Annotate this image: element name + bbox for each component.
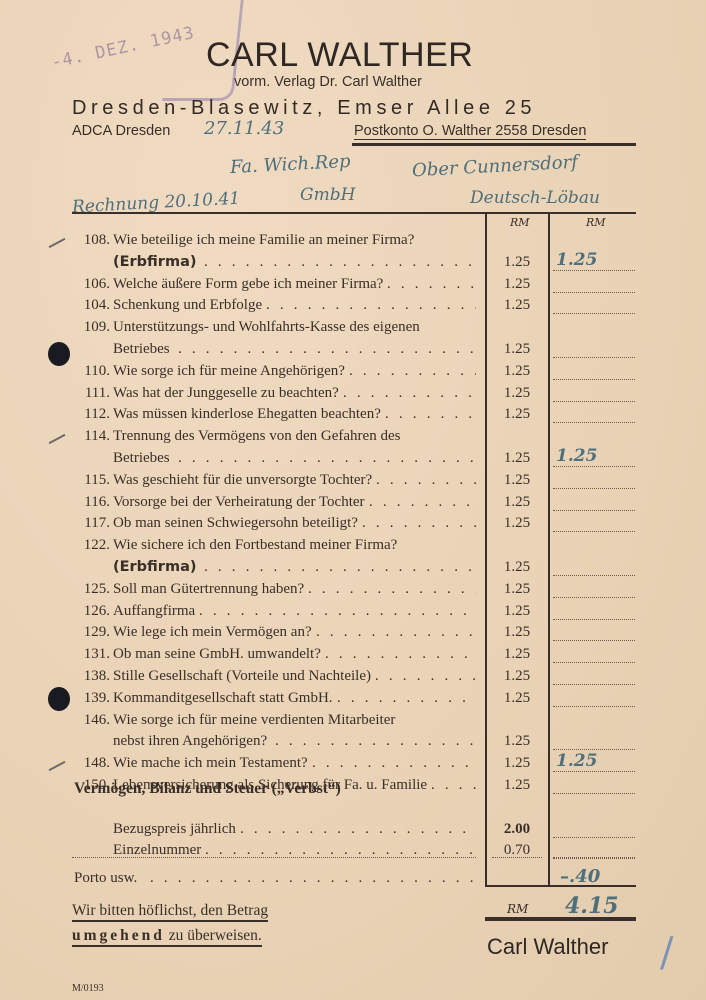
item-title: Trennung des Vermögens von den Gefahren … bbox=[113, 428, 400, 445]
item-price: 1.25 bbox=[500, 559, 534, 576]
item-price: 1.25 bbox=[500, 646, 534, 663]
entry-line bbox=[553, 422, 635, 423]
entry-line bbox=[553, 313, 635, 314]
item-price: 1.25 bbox=[500, 624, 534, 641]
item-price: 1.25 bbox=[500, 406, 534, 423]
item-number: 138. bbox=[74, 668, 110, 685]
entry-column-rule bbox=[548, 213, 550, 887]
item-number: 112. bbox=[74, 406, 110, 423]
entry-line bbox=[553, 858, 635, 859]
item-price: 1.25 bbox=[500, 385, 534, 402]
item-number: 117. bbox=[74, 515, 110, 532]
entry-line bbox=[553, 292, 635, 293]
item-title-cont: Betriebes bbox=[113, 450, 170, 467]
entry-line bbox=[553, 575, 635, 576]
item-title: Wie sorge ich für meine verdienten Mitar… bbox=[113, 712, 395, 729]
company-title: CARL WALTHER bbox=[206, 36, 473, 75]
item-number: 125. bbox=[74, 581, 110, 598]
dot-leader: . . . . . . . . . . . . . . . . . . . . … bbox=[343, 385, 476, 402]
item-title-cont: nebst ihren Angehörigen? bbox=[113, 733, 267, 750]
dot-leader: . . . . . . . . . . . . . . . . . . . . … bbox=[387, 276, 476, 293]
item-price: 1.25 bbox=[500, 472, 534, 489]
item-title: Ob man seinen Schwiegersohn beteiligt? bbox=[113, 515, 358, 532]
dot-leader: . . . . . . . . . . . . . . . . . . . . … bbox=[431, 777, 476, 794]
recipient-town: Ober Cunnersdorf bbox=[412, 152, 579, 182]
item-title: Was geschieht für die unversorgte Tochte… bbox=[113, 472, 372, 489]
entry-line bbox=[553, 706, 635, 707]
item-number: 139. bbox=[74, 690, 110, 707]
entry-line bbox=[553, 684, 635, 685]
entry-line bbox=[553, 640, 635, 641]
item-number: 104. bbox=[74, 297, 110, 314]
dot-leader: . . . . . . . . . . . . . . . . . . . . … bbox=[349, 363, 476, 380]
check-tick bbox=[49, 434, 66, 444]
dot-leader: . . . . . . . . . . . . . . . . . . . . … bbox=[325, 646, 476, 663]
item-number: 116. bbox=[74, 494, 110, 511]
entered-amount: 1.25 bbox=[556, 250, 597, 270]
item-number: 109. bbox=[74, 319, 110, 336]
item-number: 148. bbox=[74, 755, 110, 772]
item-number: 131. bbox=[74, 646, 110, 663]
entry-line bbox=[553, 510, 635, 511]
section-title: Vermögen, Bilanz und Steuer („Verbst“) bbox=[74, 780, 341, 798]
item-price: 1.25 bbox=[500, 668, 534, 685]
entry-line bbox=[553, 619, 635, 620]
entry-line bbox=[553, 793, 635, 794]
dot-leader: . . . . . . . . . . . . . . . . . . . . … bbox=[316, 624, 476, 641]
punch-hole bbox=[48, 687, 70, 711]
item-title-cont: (Erbfirma) bbox=[113, 254, 196, 270]
item-title: Auffangfirma bbox=[113, 603, 195, 620]
item-price: 1.25 bbox=[500, 494, 534, 511]
dot-leader: . . . . . . . . . . . . . . . . . . . . … bbox=[362, 515, 476, 532]
entry-line bbox=[553, 771, 635, 772]
item-title: Welche äußere Form gebe ich meiner Firma… bbox=[113, 276, 383, 293]
entry-line bbox=[553, 379, 635, 380]
porto-leader: . . . . . . . . . . . . . . . . . . . . … bbox=[150, 870, 476, 887]
handwritten-date: 27.11.43 bbox=[204, 118, 284, 139]
item-number: 108. bbox=[74, 232, 110, 249]
dot-leader: . . . . . . . . . . . . . . . . . . . . … bbox=[308, 581, 476, 598]
bank-label: ADCA Dresden bbox=[72, 123, 170, 139]
item-price: 1.25 bbox=[500, 297, 534, 314]
item-number: 110. bbox=[74, 363, 110, 380]
item-price: 1.25 bbox=[500, 581, 534, 598]
dot-leader: . . . . . . . . . . . . . . . . . . . . … bbox=[385, 406, 476, 423]
item-price: 1.25 bbox=[500, 450, 534, 467]
item-title: Schenkung und Erbfolge bbox=[113, 297, 262, 314]
punch-hole bbox=[48, 342, 70, 366]
entry-line bbox=[553, 401, 635, 402]
item-title: Wie sorge ich für meine Angehörigen? bbox=[113, 363, 345, 380]
item-number: 106. bbox=[74, 276, 110, 293]
item-title: Wie mache ich mein Testament? bbox=[113, 755, 308, 772]
total-amount: 4.15 bbox=[565, 893, 619, 919]
item-title: Wie sichere ich den Fortbestand meiner F… bbox=[113, 537, 397, 554]
payment-urgency: umgehend bbox=[72, 927, 165, 944]
dot-leader: . . . . . . . . . . . . . . . . . . . . … bbox=[376, 472, 476, 489]
entry-line bbox=[553, 662, 635, 663]
item-price: 1.25 bbox=[500, 276, 534, 293]
item-title: Ob man seine GmbH. umwandelt? bbox=[113, 646, 321, 663]
payment-request-line1: Wir bitten höflichst, den Betrag bbox=[72, 902, 268, 922]
recipient-legal-form: GmbH bbox=[300, 185, 355, 205]
item-price: 1.25 bbox=[500, 254, 534, 271]
dot-leader: . . . . . . . . . . . . . . . . . . . . … bbox=[337, 690, 476, 707]
entry-column-header: RM bbox=[586, 216, 606, 229]
dot-leader: . . . . . . . . . . . . . . . . . . . . … bbox=[312, 755, 476, 772]
item-number: 115. bbox=[74, 472, 110, 489]
item-price: 1.25 bbox=[500, 777, 534, 794]
item-title: Wie lege ich mein Vermögen an? bbox=[113, 624, 312, 641]
company-address: Dresden-Blasewitz, Emser Allee 25 bbox=[72, 97, 536, 120]
item-title: Was müssen kinderlose Ehegatten beachten… bbox=[113, 406, 381, 423]
entry-line bbox=[553, 488, 635, 489]
check-tick bbox=[49, 238, 66, 248]
form-code: M/0193 bbox=[72, 983, 104, 994]
item-title-cont: Betriebes bbox=[113, 341, 170, 358]
payment-request-line2: umgehend zu überweisen. bbox=[72, 927, 262, 947]
entry-line bbox=[553, 270, 635, 271]
recipient-name: Fa. Wich.Rep bbox=[230, 151, 351, 178]
item-title-cont: (Erbfirma) bbox=[113, 559, 196, 575]
item-title: Soll man Gütertrennung haben? bbox=[113, 581, 304, 598]
dot-leader: . . . . . . . . . . . . . . . . . . . . … bbox=[275, 733, 476, 750]
item-number: 146. bbox=[74, 712, 110, 729]
subtotal-rule bbox=[485, 885, 636, 887]
blank-entry-line bbox=[553, 857, 635, 858]
item-number: 114. bbox=[74, 428, 110, 445]
item-title: Was hat der Junggeselle zu beachten? bbox=[113, 385, 339, 402]
item-price: 1.25 bbox=[500, 690, 534, 707]
porto-label: Porto usw. bbox=[74, 870, 137, 887]
price-column-rule bbox=[485, 213, 487, 887]
dot-leader: . . . . . . . . . . . . . . . . . . . . … bbox=[375, 668, 476, 685]
entry-line bbox=[553, 531, 635, 532]
porto-amount: –.40 bbox=[560, 866, 600, 887]
entered-amount: 1.25 bbox=[556, 751, 597, 771]
payment-request-rest: zu überweisen. bbox=[169, 927, 262, 944]
dot-leader: . . . . . . . . . . . . . . . . . . . . … bbox=[178, 341, 476, 358]
item-number: 126. bbox=[74, 603, 110, 620]
item-number: 122. bbox=[74, 537, 110, 554]
entry-line bbox=[553, 597, 635, 598]
entry-line bbox=[553, 466, 635, 467]
item-price: 1.25 bbox=[500, 603, 534, 620]
dot-leader: . . . . . . . . . . . . . . . . . . . . … bbox=[204, 559, 476, 576]
table-top-rule bbox=[72, 212, 636, 214]
dot-leader: . . . . . . . . . . . . . . . . . . . . … bbox=[240, 821, 476, 838]
recipient-district: Deutsch-Löbau bbox=[470, 188, 600, 208]
subscription-label: Bezugspreis jährlich bbox=[113, 821, 236, 838]
signature-company: Carl Walther bbox=[487, 934, 608, 960]
header-rule bbox=[352, 143, 636, 146]
dot-leader: . . . . . . . . . . . . . . . . . . . . … bbox=[204, 254, 476, 271]
item-price: 1.25 bbox=[500, 515, 534, 532]
item-title: Vorsorge bei der Verheiratung der Tochte… bbox=[113, 494, 365, 511]
company-subtitle: vorm. Verlag Dr. Carl Walther bbox=[234, 74, 422, 90]
check-tick bbox=[49, 761, 66, 771]
dot-leader: . . . . . . . . . . . . . . . . . . . . … bbox=[199, 603, 476, 620]
total-currency: RM bbox=[507, 902, 528, 916]
item-title: Kommanditgesellschaft statt GmbH. bbox=[113, 690, 333, 707]
item-price: 1.25 bbox=[500, 341, 534, 358]
dot-leader: . . . . . . . . . . . . . . . . . . . . … bbox=[266, 297, 476, 314]
item-title: Stille Gesellschaft (Vorteile und Nachte… bbox=[113, 668, 371, 685]
dot-leader: . . . . . . . . . . . . . . . . . . . . … bbox=[369, 494, 476, 511]
item-title: Unterstützungs- und Wohlfahrts-Kasse des… bbox=[113, 319, 420, 336]
margin-pencil-mark: / bbox=[660, 930, 673, 976]
blank-price-line bbox=[492, 857, 542, 858]
dot-leader: . . . . . . . . . . . . . . . . . . . . … bbox=[178, 450, 476, 467]
price-column-header: RM bbox=[510, 216, 530, 229]
item-title: Wie beteilige ich meine Familie an meine… bbox=[113, 232, 414, 249]
entry-line bbox=[553, 837, 635, 838]
entry-line bbox=[553, 357, 635, 358]
item-price: 1.25 bbox=[500, 755, 534, 772]
postkonto: Postkonto O. Walther 2558 Dresden bbox=[354, 123, 586, 140]
item-price: 1.25 bbox=[500, 733, 534, 750]
subscription-price: 2.00 bbox=[500, 821, 534, 838]
item-price: 1.25 bbox=[500, 363, 534, 380]
entered-amount: 1.25 bbox=[556, 446, 597, 466]
blank-line bbox=[72, 857, 476, 858]
item-number: 129. bbox=[74, 624, 110, 641]
total-rule bbox=[485, 917, 636, 921]
item-number: 111. bbox=[74, 385, 110, 402]
